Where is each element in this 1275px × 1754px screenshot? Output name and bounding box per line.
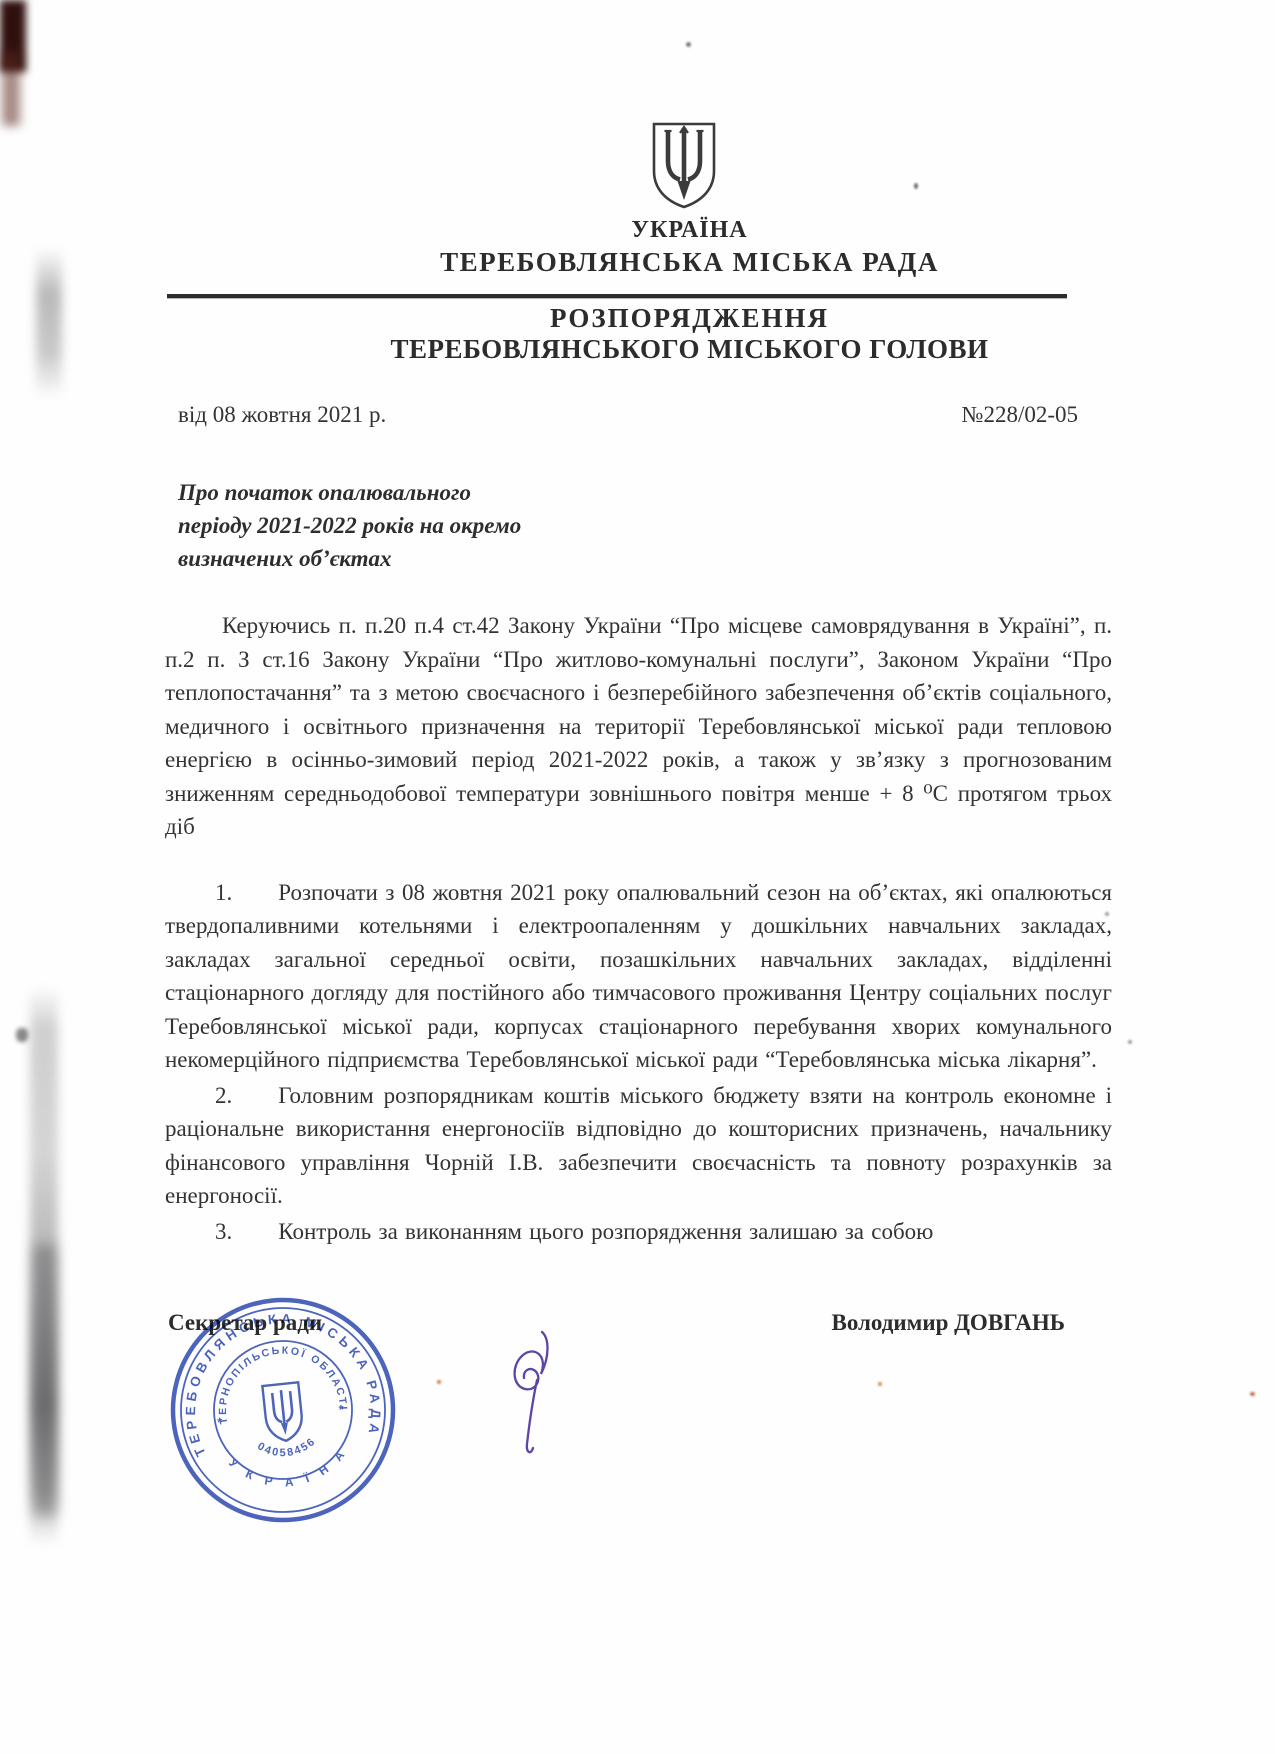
signer-name: Володимир ДОВГАНЬ — [831, 1310, 1065, 1336]
stamp-tryzub-icon — [262, 1382, 304, 1442]
item-number: 3. — [215, 1219, 232, 1244]
scanned-document-page: УКРАЇНА ТЕРЕБОВЛЯНСЬКА МІСЬКА РАДА РОЗПО… — [0, 0, 1275, 1754]
stamp-tryzub-base — [281, 1423, 289, 1436]
scan-speck — [878, 1382, 882, 1386]
handwritten-signature — [492, 1322, 582, 1472]
stamp-ring-bottom-text: * У К Р А Ї Н А * — [220, 1393, 354, 1496]
order-item-3: 3.Контроль за виконанням цього розпорядж… — [165, 1215, 1112, 1249]
document-type-title: РОЗПОРЯДЖЕННЯ — [216, 303, 1163, 334]
country-name: УКРАЇНА — [216, 217, 1163, 244]
council-name: ТЕРЕБОВЛЯНСЬКА МІСЬКА РАДА — [216, 247, 1163, 278]
scan-speck — [437, 1380, 441, 1384]
item-text: Розпочати з 08 жовтня 2021 року опалювал… — [165, 880, 1112, 1073]
order-item-1: 1.Розпочати з 08 жовтня 2021 року опалюв… — [165, 876, 1112, 1077]
item-number: 1. — [215, 880, 232, 905]
scan-artifact-corner — [2, 52, 20, 126]
item-text: Контроль за виконанням цього розпоряджен… — [278, 1219, 933, 1244]
item-number: 2. — [215, 1083, 232, 1108]
scan-artifact-corner — [0, 0, 26, 72]
order-item-2: 2.Головним розпорядникам коштів міського… — [165, 1079, 1112, 1213]
subject-line: періоду 2021-2022 років на окремо — [178, 509, 1112, 542]
stamp-registry-number: 04058456 — [254, 1434, 319, 1462]
header-divider — [167, 294, 1067, 298]
document-subject: Про початок опалювального періоду 2021-2… — [165, 476, 1112, 575]
meta-row: від 08 жовтня 2021 р. №228/02-05 — [165, 402, 1112, 428]
scan-speck — [1250, 1392, 1255, 1396]
subject-line: Про початок опалювального — [178, 476, 1112, 509]
official-round-stamp: ТЕРЕБОВЛЯНСЬКА МІСЬКА РАДА * У К Р А Ї Н… — [153, 1280, 412, 1539]
scan-artifact-smudge — [34, 1245, 56, 1515]
document-number: №228/02-05 — [962, 402, 1079, 428]
scan-artifact-smudge — [36, 248, 62, 398]
scan-artifact-smudge — [30, 985, 58, 1545]
scan-artifact-mark — [16, 1028, 28, 1042]
item-text: Головним розпорядникам коштів міського б… — [165, 1083, 1112, 1209]
tryzub-emblem-icon — [650, 121, 718, 211]
scan-speck — [1128, 1040, 1132, 1044]
preamble-paragraph: Керуючись п. п.20 п.4 ст.42 Закону Украї… — [165, 609, 1112, 844]
document-content: УКРАЇНА ТЕРЕБОВЛЯНСЬКА МІСЬКА РАДА РОЗПО… — [165, 0, 1112, 1336]
stamp-inner-top-text: ТЕРНОПІЛЬСЬКОЇ ОБЛАСТІ — [210, 1338, 349, 1425]
subject-line: визначених об’єктах — [178, 542, 1112, 575]
document-issuer-title: ТЕРЕБОВЛЯНСЬКОГО МІСЬКОГО ГОЛОВИ — [216, 334, 1163, 365]
document-date: від 08 жовтня 2021 р. — [178, 402, 386, 428]
